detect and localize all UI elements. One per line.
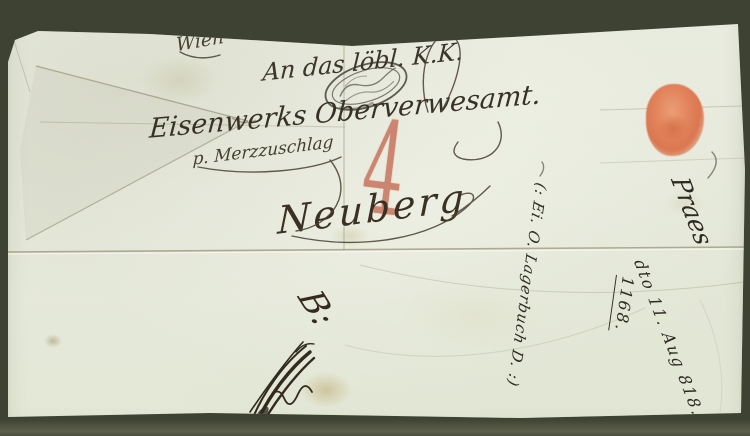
registry-script-note: (: Ei. O. Lagerbuch D. :) xyxy=(504,181,550,390)
photo-background: Wien An das löbl. K.K. Eisenwerks Oberve… xyxy=(0,0,750,436)
registry-number: 1168. xyxy=(608,275,638,333)
praesentatum-note: Praes xyxy=(665,175,719,247)
sender-city-note: Wien xyxy=(176,26,225,57)
wax-seal-icon xyxy=(646,84,704,156)
paper-stain xyxy=(300,372,352,408)
letter-paper: Wien An das löbl. K.K. Eisenwerks Oberve… xyxy=(0,0,750,436)
date-note: dto 11. Aug 818. xyxy=(630,258,708,418)
clerk-initials: B: xyxy=(289,285,346,331)
paper-stain xyxy=(140,55,220,105)
paper-stain xyxy=(44,334,62,348)
